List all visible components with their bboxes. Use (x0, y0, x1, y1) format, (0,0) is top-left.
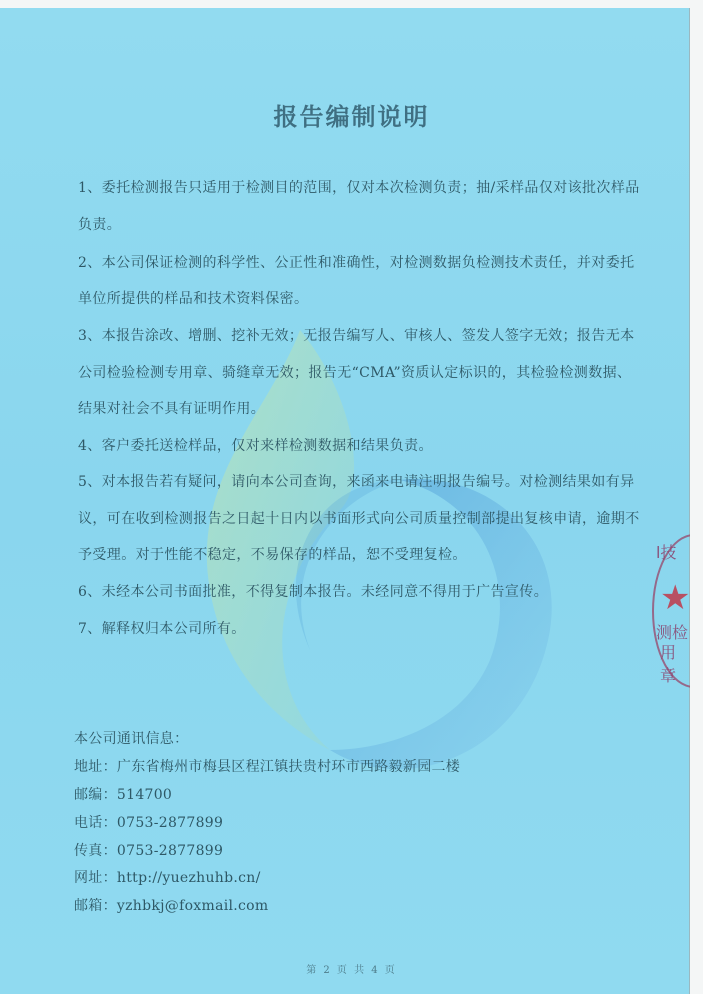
clause-4-line-1: 4、客户委托送检样品，仅对来样检测数据和结果负责。 (78, 439, 433, 453)
stamp-text-bottom: 用章 (660, 640, 690, 686)
contact-fax: 传真：0753-2877899 (74, 840, 223, 860)
page-number: 第 2 页 共 4 页 (0, 961, 703, 976)
clause-7-line-1: 7、解释权归本公司所有。 (78, 622, 246, 636)
stamp-star-icon: ★ (660, 578, 690, 618)
clause-3-line-1: 3、本报告涂改、增删、挖补无效；无报告编写人、审核人、签发人签字无效；报告无本 (78, 329, 635, 343)
contact-email[interactable]: 邮箱：yzhbkj@foxmail.com (74, 895, 268, 915)
contact-phone: 电话：0753-2877899 (74, 812, 223, 832)
clause-3-line-2: 公司检验检测专用章、骑缝章无效；报告无“CMA”资质认定标识的，其检验检测数据、 (78, 366, 631, 380)
clause-2-line-1: 2、本公司保证检测的科学性、公正性和准确性，对检测数据负检测技术责任，并对委托 (78, 256, 635, 270)
contact-website[interactable]: 网址：http://yuezhuhb.cn/ (74, 867, 261, 887)
page-edge (689, 8, 690, 994)
stamp-text-top: l技 (656, 540, 676, 563)
clause-1-line-2: 负责。 (78, 218, 121, 232)
clause-1-line-1: 1、委托检测报告只适用于检测目的范围，仅对本次检测负责；抽/采样品仅对该批次样品 (78, 181, 640, 195)
contact-postcode: 邮编：514700 (74, 784, 172, 804)
clause-5-line-1: 5、对本报告若有疑问，请向本公司查询，来函来电请注明报告编号。对检测结果如有异 (78, 475, 635, 489)
clause-5-line-3: 予受理。对于性能不稳定，不易保存的样品，恕不受理复检。 (78, 548, 467, 562)
contact-heading: 本公司通讯信息： (74, 728, 188, 748)
contact-address: 地址：广东省梅州市梅县区程江镇扶贵村环市西路毅新园二楼 (74, 756, 460, 776)
official-seal-stamp: l技 ★ 测检 用章 (650, 510, 690, 690)
clause-6-line-1: 6、未经本公司书面批准，不得复制本报告。未经同意不得用于广告宣传。 (78, 585, 548, 599)
clause-5-line-2: 议，可在收到检测报告之日起十日内以书面形式向公司质量控制部提出复核申请，逾期不 (78, 512, 640, 526)
clause-2-line-2: 单位所提供的样品和技术资料保密。 (78, 292, 308, 306)
page-title: 报告编制说明 (0, 97, 703, 132)
clause-3-line-3: 结果对社会不具有证明作用。 (78, 402, 265, 416)
